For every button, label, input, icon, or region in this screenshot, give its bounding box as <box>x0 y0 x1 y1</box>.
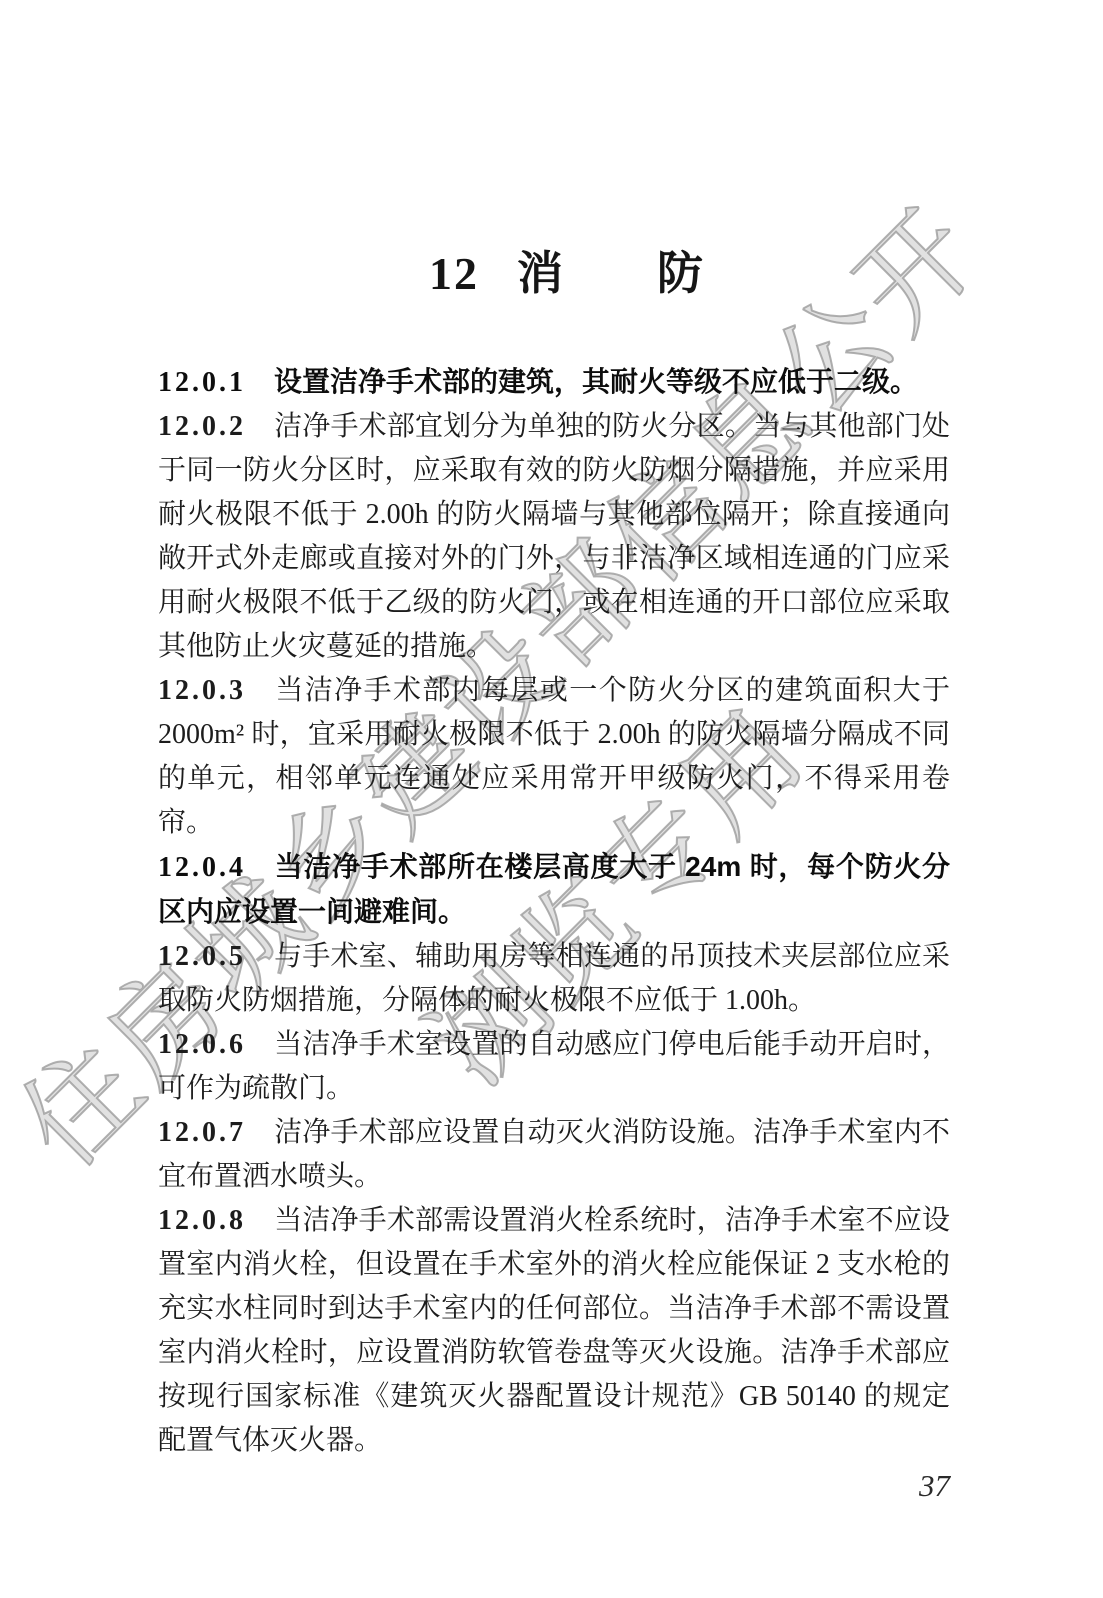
clause-number: 12.0.3 <box>158 675 246 706</box>
clause-12-0-4: 12.0.4当洁净手术部所在楼层高度大于 24m 时，每个防火分区内应设置一间避… <box>158 845 950 935</box>
page-number: 37 <box>919 1468 950 1504</box>
clause-12-0-8: 12.0.8当洁净手术部需设置消火栓系统时，洁净手术室不应设置室内消火栓，但设置… <box>158 1199 950 1463</box>
clause-12-0-6: 12.0.6当洁净手术室设置的自动感应门停电后能手动开启时，可作为疏散门。 <box>158 1023 950 1111</box>
page-content: 12消防 12.0.1设置洁净手术部的建筑，其耐火等级不应低于二级。 12.0.… <box>158 0 950 1463</box>
clause-text: 当洁净手术部所在楼层高度大于 24m 时，每个防火分区内应设置一间避难间。 <box>158 851 950 927</box>
clause-12-0-3: 12.0.3当洁净手术部内每层或一个防火分区的建筑面积大于 2000m² 时，宜… <box>158 669 950 845</box>
chapter-number: 12 <box>429 248 479 299</box>
clause-number: 12.0.1 <box>158 367 246 398</box>
clause-text: 当洁净手术部需设置消火栓系统时，洁净手术室不应设置室内消火栓，但设置在手术室外的… <box>158 1205 950 1456</box>
clause-number: 12.0.6 <box>158 1029 246 1060</box>
chapter-title-char-2: 防 <box>657 248 703 299</box>
clause-number: 12.0.8 <box>158 1205 246 1236</box>
clause-text: 当洁净手术室设置的自动感应门停电后能手动开启时，可作为疏散门。 <box>158 1029 950 1104</box>
clause-12-0-1: 12.0.1设置洁净手术部的建筑，其耐火等级不应低于二级。 <box>158 360 950 405</box>
clause-text: 与手术室、辅助用房等相连通的吊顶技术夹层部位应采取防火防烟措施，分隔体的耐火极限… <box>158 941 950 1016</box>
clause-text: 设置洁净手术部的建筑，其耐火等级不应低于二级。 <box>274 366 918 397</box>
clause-text: 洁净手术部应设置自动灭火消防设施。洁净手术室内不宜布置洒水喷头。 <box>158 1117 950 1192</box>
clause-12-0-5: 12.0.5与手术室、辅助用房等相连通的吊顶技术夹层部位应采取防火防烟措施，分隔… <box>158 935 950 1023</box>
clause-12-0-2: 12.0.2洁净手术部宜划分为单独的防火分区。当与其他部门处于同一防火分区时，应… <box>158 405 950 669</box>
clause-number: 12.0.2 <box>158 411 246 442</box>
clause-number: 12.0.7 <box>158 1117 246 1148</box>
clause-number: 12.0.5 <box>158 941 246 972</box>
document-page: 住房城乡建设部信息公开 浏览专用 12消防 12.0.1设置洁净手术部的建筑，其… <box>0 0 1103 1598</box>
clause-text: 当洁净手术部内每层或一个防火分区的建筑面积大于 2000m² 时，宜采用耐火极限… <box>158 675 950 838</box>
clause-list: 12.0.1设置洁净手术部的建筑，其耐火等级不应低于二级。 12.0.2洁净手术… <box>158 360 950 1463</box>
chapter-title: 12消防 <box>158 0 950 302</box>
clause-12-0-7: 12.0.7洁净手术部应设置自动灭火消防设施。洁净手术室内不宜布置洒水喷头。 <box>158 1111 950 1199</box>
chapter-title-char-1: 消 <box>517 248 563 299</box>
clause-number: 12.0.4 <box>158 852 246 883</box>
clause-text: 洁净手术部宜划分为单独的防火分区。当与其他部门处于同一防火分区时，应采取有效的防… <box>158 411 950 662</box>
